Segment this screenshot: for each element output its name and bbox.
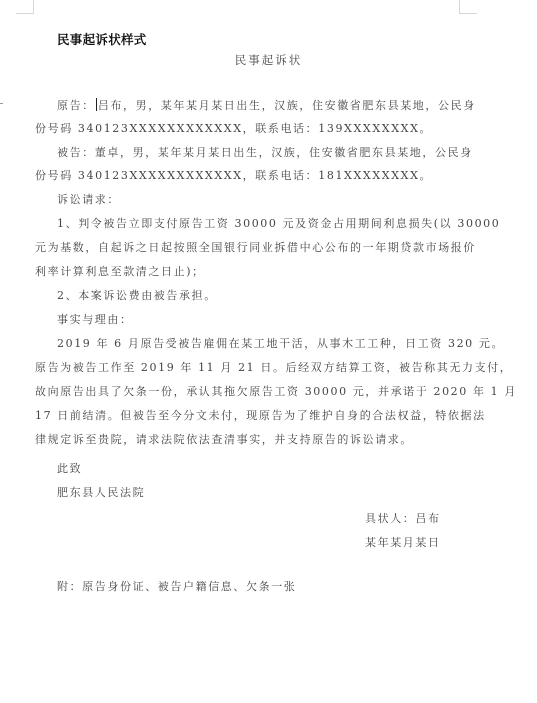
claim-2[interactable]: 2、本案诉讼费由被告承担。 (57, 287, 217, 303)
salutation[interactable]: 此致 (57, 460, 82, 476)
defendant-line-1[interactable]: 被告：董卓，男，某年某月某日出生，汉族，住安徽省肥东县某地，公民身 (57, 144, 473, 160)
facts-line-1[interactable]: 2019 年 6 月原告受被告雇佣在某工地干活，从事木工工种，日工资 320 元… (57, 335, 504, 351)
plaintiff-line-1[interactable]: 原告：吕布，男，某年某月某日出生，汉族，住安徽省肥东县某地，公民身 (57, 97, 476, 113)
court-name[interactable]: 肥东县人民法院 (57, 484, 145, 500)
ruler-tick (0, 103, 3, 104)
facts-line-3[interactable]: 故向原告出具了欠条一份，承认其拖欠原告工资 30000 元，并承诺于 2020 … (35, 383, 517, 399)
plaintiff-line-2[interactable]: 份号码 340123XXXXXXXXXXXX，联系电话：139XXXXXXXX。 (35, 120, 432, 136)
page-corner-mark-top-left (16, 0, 34, 14)
facts-line-2[interactable]: 原告为被告工作至 2019 年 11 月 21 日。后经双方结算工资，被告称其无… (35, 359, 512, 375)
plaintiff-label: 原告： (57, 99, 95, 112)
text-cursor (96, 98, 97, 111)
page-corner-mark-top-right (459, 0, 477, 14)
plaintiff-text: 吕布，男，某年某月某日出生，汉族，住安徽省肥东县某地，公民身 (98, 99, 476, 112)
attachment-note[interactable]: 附：原告身份证、被告户籍信息、欠条一张 (57, 578, 296, 594)
facts-header[interactable]: 事实与理由： (57, 311, 133, 327)
defendant-line-2[interactable]: 份号码 340123XXXXXXXXXXXX，联系电话：181XXXXXXXX。 (35, 167, 432, 183)
claims-header[interactable]: 诉讼请求： (57, 191, 120, 207)
signer[interactable]: 具状人：吕布 (365, 510, 441, 526)
signature-date[interactable]: 某年某月某日 (365, 534, 441, 550)
claim-1-line-2[interactable]: 元为基数，自起诉之日起按照全国银行同业拆借中心公布的一年期贷款市场报价 (35, 239, 476, 255)
facts-line-4[interactable]: 17 日前结清。但被告至今分文未付，现原告为了维护自身的合法权益，特依据法 (35, 407, 486, 423)
claim-1-line-3[interactable]: 利率计算利息至款清之日止)； (35, 263, 205, 279)
facts-line-5[interactable]: 律规定诉至贵院，请求法院依法查清事实，并支持原告的诉讼请求。 (35, 431, 413, 447)
document-heading: 民事起诉状样式 (57, 30, 147, 48)
document-title: 民事起诉状 (0, 52, 537, 68)
claim-1-line-1[interactable]: 1、判令被告立即支付原告工资 30000 元及资金占用期间利息损失(以 3000… (57, 215, 500, 231)
